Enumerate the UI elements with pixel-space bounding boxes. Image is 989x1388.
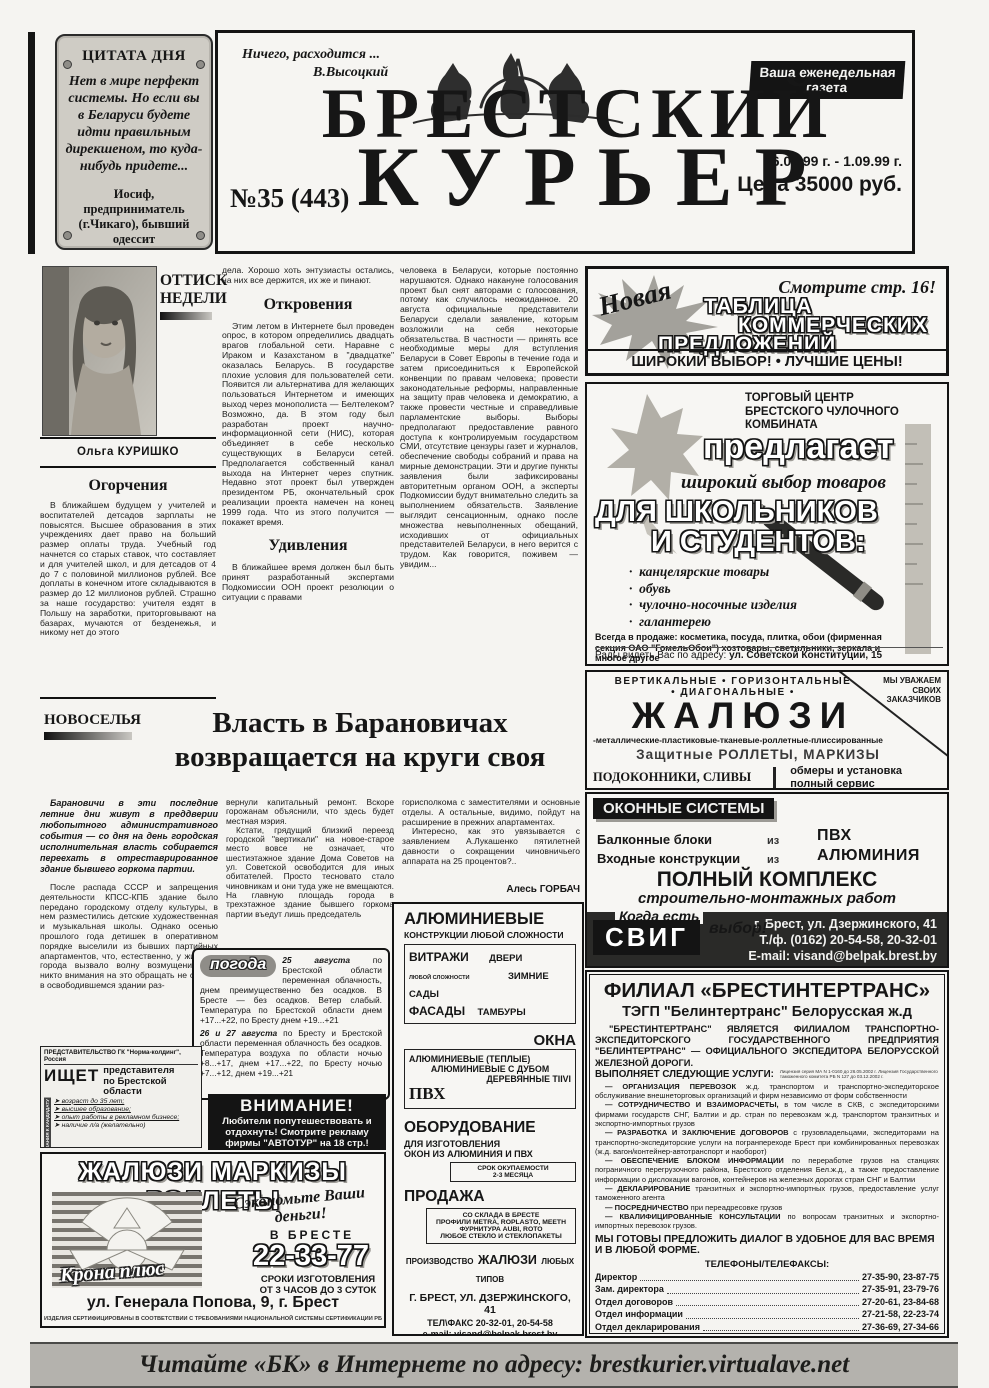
job-ad-header: ПРЕДСТАВИТЕЛЬСТВО ГК "Норма-колдинг", Ро… bbox=[44, 1049, 198, 1065]
bit-service-7: — КВАЛИФИЦИРОВАННЫЕ КОНСУЛЬТАЦИИ по вопр… bbox=[595, 1212, 939, 1231]
alum-stock-line1: СО СКЛАДА В БРЕСТЕ bbox=[430, 1212, 572, 1219]
weather-label-blob: погода bbox=[200, 955, 276, 977]
weather-date-1: 25 августа bbox=[282, 955, 350, 965]
school-ad-address-label: Рады видеть Вас по адресу: bbox=[595, 650, 726, 661]
epigraph: Ничего, расходится ... bbox=[242, 47, 380, 63]
quote-text: Нет в мире перфект системы. Но если вы в… bbox=[65, 73, 203, 175]
job-requirement-4: ➤ наличие л/а (желательно) bbox=[54, 1122, 179, 1130]
aluminium-ad: АЛЮМИНИЕВЫЕ КОНСТРУКЦИИ ЛЮБОЙ СЛОЖНОСТИ … bbox=[392, 902, 584, 1336]
alum-payback-line1: СРОК ОКУПАЕМОСТИ bbox=[453, 1165, 573, 1172]
school-ad-bullets: · канцелярские товары · обувь · чулочно-… bbox=[629, 564, 797, 630]
alum-title: АЛЮМИНИЕВЫЕ bbox=[404, 910, 576, 929]
bit-intro: "БРЕСТИНТЕРТРАНС" ЯВЛЯЕТСЯ ФИЛИАЛОМ ТРАН… bbox=[595, 1024, 939, 1069]
novoselya-col3-p1: горисполкома с заместителями и основные … bbox=[402, 798, 580, 827]
novoselya-headline-line2: возвращается на круги своя bbox=[140, 740, 580, 774]
imprint-col1-text: В ближайшем будущем у учителей и воспита… bbox=[40, 501, 216, 693]
bit-phone-row-2: Зам. директора27-35-91, 23-79-76 bbox=[595, 1283, 939, 1296]
svig-ad: ОКОННЫЕ СИСТЕМЫ Балконные блоки Входные … bbox=[585, 792, 949, 968]
alum-fasady: ФАСАДЫ bbox=[409, 1004, 465, 1018]
novoselya-col3: горисполкома с заместителями и основные … bbox=[402, 798, 580, 884]
novoselya-col2: вернули капитальный ремонт. Вскоре горож… bbox=[226, 798, 394, 946]
novoselya-headline-line1: Власть в Барановичах bbox=[140, 706, 580, 740]
imprint-paragraph-1-cont: дела. Хорошо хоть энтузиасты остались, н… bbox=[222, 266, 394, 286]
alum-dveri: ДВЕРИ bbox=[489, 953, 522, 964]
bit-service-2: — СОТРУДНИЧЕСТВО И ВЗАИМОРАСЧЕТЫ, в том … bbox=[595, 1100, 939, 1128]
weather-label: погода bbox=[210, 956, 266, 973]
krona-phone: 22-33-77 bbox=[238, 1240, 384, 1273]
alum-okna-box: АЛЮМИНИЕВЫЕ (ТЕПЛЫЕ) АЛЮМИНИЕВЫЕ С ДУБОМ… bbox=[404, 1049, 576, 1109]
attention-box: ВНИМАНИЕ! Любители попутешествовать и от… bbox=[208, 1094, 386, 1150]
imprint-heading-3: Удивления bbox=[222, 537, 394, 555]
novoselya-col3-p2: Интересно, как это увязывается с заявлен… bbox=[402, 827, 580, 866]
school-bullet-2: · обувь bbox=[629, 581, 797, 598]
alum-stock-line3: ФУРНИТУРА AUBI, ROTO bbox=[430, 1226, 572, 1233]
footer-banner-text: Читайте «БК» в Интернете по адресу: bres… bbox=[139, 1351, 849, 1379]
svig-choice: выбор! bbox=[709, 920, 767, 938]
footer-banner: Читайте «БК» в Интернете по адресу: bres… bbox=[30, 1342, 958, 1388]
novoselya-byline: Алесь ГОРБАЧ bbox=[402, 884, 580, 895]
alum-jalousie-line: ПРОИЗВОДСТВО ЖАЛЮЗИ ЛЮБЫХ ТИПОВ bbox=[404, 1251, 576, 1287]
kicker-underline bbox=[160, 312, 212, 320]
alum-stock-line2: ПРОФИЛИ METRA, ROPLASTO, MEETH bbox=[430, 1219, 572, 1226]
novoselya-col2-p1: вернули капитальный ремонт. Вскоре горож… bbox=[226, 798, 394, 826]
alum-vitrazhi-box: ВИТРАЖИ ДВЕРИ ЛЮБОЙ СЛОЖНОСТИ ЗИМНИЕ САД… bbox=[404, 944, 576, 1024]
alum-oborud-sub1: ДЛЯ ИЗГОТОВЛЕНИЯ bbox=[404, 1139, 576, 1149]
quote-author: Иосиф, предприниматель (г.Чикаго), бывши… bbox=[65, 187, 203, 247]
issue-number: №35 (443) bbox=[230, 183, 349, 214]
attention-text: Любители попутешествовать и отдохнуть! С… bbox=[213, 1117, 381, 1149]
krona-terms: СРОКИ ИЗГОТОВЛЕНИЯ ОТ 3 ЧАСОВ ДО 3 СУТОК bbox=[252, 1274, 384, 1296]
novoselya-kicker-underline bbox=[44, 732, 132, 740]
bit-email: E-mail: box@bit.belpak.brest.by bbox=[595, 1335, 939, 1338]
alum-payback-line2: 2-3 МЕСЯЦА bbox=[453, 1172, 573, 1179]
imprint-author-rule-top bbox=[40, 437, 216, 439]
alum-stock-line4: ЛЮБОЕ СТЕКЛО И СТЕКЛОПАКЕТЫ bbox=[430, 1233, 572, 1240]
commercial-offers-ad: Новая Смотрите стр. 16! ТАБЛИЦА КОММЕРЧЕ… bbox=[585, 266, 949, 376]
jalousie-rollets: Защитные РОЛЛЕТЫ, МАРКИЗЫ bbox=[593, 747, 923, 762]
job-ad-requirements-label: ТРЕБОВАНИЯ К КАНДИДАТУ bbox=[44, 1098, 51, 1149]
imprint-heading-1: Огорчения bbox=[40, 477, 216, 495]
alum-subtitle: КОНСТРУКЦИИ ЛЮБОЙ СЛОЖНОСТИ bbox=[404, 930, 576, 940]
attention-title: ВНИМАНИЕ! bbox=[213, 1096, 381, 1116]
krona-terms-line1: СРОКИ ИЗГОТОВЛЕНИЯ bbox=[252, 1274, 384, 1285]
alum-jal-1: ПРОИЗВОДСТВО bbox=[406, 1257, 474, 1266]
job-requirement-3: ➤ опыт работы в рекламном бизнесе; bbox=[54, 1114, 179, 1122]
school-ad-org: ТОРГОВЫЙ ЦЕНТР БРЕСТСКОГО ЧУЛОЧНОГО КОМБ… bbox=[745, 392, 935, 433]
alum-payback-box: СРОК ОКУПАЕМОСТИ 2-3 МЕСЯЦА bbox=[450, 1162, 576, 1182]
weather-date-2: 26 и 27 августа bbox=[200, 1028, 277, 1038]
novoselya-lead: Барановичи в эти последние летние дни жи… bbox=[40, 798, 218, 875]
svig-material-2: АЛЮМИНИЯ bbox=[817, 846, 920, 866]
imprint-heading-2: Откровения bbox=[222, 296, 394, 314]
jalousie-service-line2: полный сервис bbox=[790, 778, 902, 791]
job-ad-verb: ИЩЕТ bbox=[44, 1066, 99, 1086]
imprint-paragraph-3: В ближайшее время должен был быть принят… bbox=[222, 563, 394, 602]
krona-ad: ЖАЛЮЗИ МАРКИЗЫ РОЛЛЕТЫ Крона плюс Сэконо… bbox=[40, 1152, 386, 1328]
alum-vitrazhi: ВИТРАЖИ bbox=[409, 950, 469, 964]
issue-price: Цена 35000 руб. bbox=[737, 173, 902, 197]
job-ad-position-line2: по Брестской области bbox=[103, 1077, 198, 1098]
job-requirement-2: ➤ высшее образование; bbox=[54, 1106, 179, 1114]
krona-cert-note: ИЗДЕЛИЯ СЕРТИФИЦИРОВАНЫ В СООТВЕТСТВИИ С… bbox=[42, 1316, 384, 1322]
svig-brand: СВИГ bbox=[593, 920, 700, 955]
school-ad-address: ул. Советской Конституции, 15 bbox=[729, 650, 882, 661]
imprint-author: Ольга КУРИШКО bbox=[40, 446, 216, 458]
quote-of-the-day-box: ЦИТАТА ДНЯ Нет в мире перфект системы. Н… bbox=[55, 34, 213, 250]
offers-bottom-line: ШИРОКИЙ ВЫБОР! • ЛУЧШИЕ ЦЕНЫ! bbox=[588, 349, 946, 370]
imprint-col2: дела. Хорошо хоть энтузиасты остались, н… bbox=[222, 266, 394, 696]
school-goods-ad: ТОРГОВЫЙ ЦЕНТР БРЕСТСКОГО ЧУЛОЧНОГО КОМБ… bbox=[585, 382, 949, 666]
svig-row1-label: Балконные блоки bbox=[597, 830, 740, 849]
bit-subtitle: ТЭГП "Белинтертранс" Белорусская ж.д bbox=[595, 1004, 939, 1020]
author-photo bbox=[42, 266, 157, 436]
alum-okna-item3: ДЕРЕВЯННЫЕ TIIVI bbox=[409, 1074, 571, 1084]
school-bullet-3: · чулочно-носочные изделия bbox=[629, 597, 797, 614]
bit-phone-row-5: Отдел декларирования27-36-69, 27-34-66 bbox=[595, 1321, 939, 1334]
alum-phone: ТЕЛ\ФАКС 20-32-01, 20-54-58 bbox=[404, 1318, 576, 1328]
bit-phone-row-4: Отдел информации27-21-58, 22-23-74 bbox=[595, 1308, 939, 1321]
bit-service-3: — РАЗРАБОТКА И ЗАКЛЮЧЕНИЕ ДОГОВОРОВ с гр… bbox=[595, 1128, 939, 1156]
bit-phone-row-3: Отдел договоров27-20-61, 23-84-68 bbox=[595, 1296, 939, 1309]
imprint-kicker: ОТТИСК НЕДЕЛИ bbox=[160, 272, 216, 320]
bit-performs: ВЫПОЛНЯЕТ СЛЕДУЮЩИЕ УСЛУГИ: bbox=[595, 1069, 774, 1080]
alum-prodazha: ПРОДАЖА bbox=[404, 1188, 576, 1206]
alum-okna-item1: АЛЮМИНИЕВЫЕ (ТЕПЛЫЕ) bbox=[409, 1054, 571, 1064]
bit-phone-row-1: Директор27-35-90, 23-87-75 bbox=[595, 1271, 939, 1284]
bit-license-note: Лицензия серия МА N 1-0160 до 26.05.2002… bbox=[780, 1069, 939, 1080]
alum-vitrazhi-sub: ЛЮБОЙ СЛОЖНОСТИ bbox=[409, 975, 470, 981]
bit-title: ФИЛИАЛ «БРЕСТИНТЕРТРАНС» bbox=[595, 979, 939, 1003]
bit-service-1: — ОРГАНИЗАЦИЯ ПЕРЕВОЗОК ж.д. транспортом… bbox=[595, 1082, 939, 1101]
imprint-author-rule-bottom bbox=[40, 466, 216, 468]
jalousie-ad: МЫ УВАЖАЕМ СВОИХ ЗАКАЗЧИКОВ ВЕРТИКАЛЬНЫЕ… bbox=[585, 670, 949, 790]
alum-okna: ОКНА bbox=[404, 1032, 576, 1049]
jalousie-sills: ПОДОКОННИКИ, СЛИВЫ bbox=[593, 770, 751, 785]
bit-service-6: — ПОСРЕДНИЧЕСТВО при переадресовке грузо… bbox=[595, 1203, 939, 1212]
jalousie-arc-line1: ВЕРТИКАЛЬНЫЕ • ГОРИЗОНТАЛЬНЫЕ bbox=[593, 676, 873, 687]
job-requirement-1: ➤ возраст до 35 лет; bbox=[54, 1098, 179, 1106]
quote-box-title: ЦИТАТА ДНЯ bbox=[65, 48, 203, 65]
imprint-col1-end-rule bbox=[40, 697, 216, 699]
divider-bar bbox=[773, 767, 776, 789]
svig-iz-1: из bbox=[767, 832, 779, 851]
issue-dates: 26.08.99 г. - 1.09.99 г. bbox=[764, 153, 902, 169]
school-bullet-1: · канцелярские товары bbox=[629, 564, 797, 581]
brestintertrans-ad: ФИЛИАЛ «БРЕСТИНТЕРТРАНС» ТЭГП "Белинтерт… bbox=[585, 970, 949, 1338]
svig-material-1: ПВХ bbox=[817, 826, 920, 846]
bit-services: — ОРГАНИЗАЦИЯ ПЕРЕВОЗОК ж.д. транспортом… bbox=[595, 1082, 939, 1231]
imprint-paragraph-1: В ближайшем будущем у учителей и воспита… bbox=[40, 501, 216, 638]
krona-logo: Крона плюс bbox=[52, 1192, 202, 1288]
alum-pvh: ПВХ bbox=[409, 1084, 571, 1104]
novoselya-kicker: НОВОСЕЛЬЯ bbox=[44, 712, 141, 729]
bit-phones-label: ТЕЛЕФОНЫ/ТЕЛЕФАКСЫ: bbox=[595, 1259, 939, 1270]
novoselya-kicker-wrap: НОВОСЕЛЬЯ bbox=[44, 712, 141, 740]
krona-slogan-line2: деньги! bbox=[274, 1205, 328, 1226]
school-ad-offers: предлагает bbox=[703, 428, 894, 467]
bit-service-4: — ОБЕСПЕЧЕНИЕ БЛОКОМ ИНФОРМАЦИИ по перер… bbox=[595, 1156, 939, 1184]
school-bullet-4: · галантерею bbox=[629, 614, 797, 631]
alum-stock-box: СО СКЛАДА В БРЕСТЕ ПРОФИЛИ METRA, ROPLAS… bbox=[426, 1208, 576, 1244]
alum-address: Г. БРЕСТ, УЛ. ДЗЕРЖИНСКОГО, 41 bbox=[404, 1292, 576, 1316]
masthead: Ничего, расходится ... В.Высоцкий Ваша е… bbox=[215, 30, 915, 254]
jalousie-types: -металлические-пластиковые-тканевые-ролл… bbox=[593, 735, 941, 745]
alum-okna-item2: АЛЮМИНИЕВЫЕ С ДУБОМ bbox=[409, 1064, 571, 1074]
imprint-kicker-line2: НЕДЕЛИ bbox=[160, 290, 216, 308]
svig-row2-label: Входные конструкции bbox=[597, 849, 740, 868]
krona-address: ул. Генерала Попова, 9, г. Брест bbox=[42, 1294, 384, 1312]
job-ad-position-line1: представителя bbox=[103, 1066, 198, 1077]
svig-complex: ПОЛНЫЙ КОМПЛЕКС bbox=[587, 868, 947, 892]
alum-tambury: ТАМБУРЫ bbox=[478, 1007, 526, 1018]
imprint-paragraph-2: Этим летом в Интернете был проведен опро… bbox=[222, 322, 394, 528]
school-ad-for-line1: для школьников bbox=[595, 496, 878, 529]
weather-box: погода 25 августа по Брестской области п… bbox=[192, 948, 390, 1100]
svig-header: ОКОННЫЕ СИСТЕМЫ bbox=[593, 798, 774, 819]
imprint-kicker-line1: ОТТИСК bbox=[160, 272, 216, 290]
school-ad-address-line: Рады видеть Вас по адресу: ул. Советской… bbox=[595, 647, 943, 661]
alum-oborud-sub2: ОКОН ИЗ АЛЮМИНИЯ И ПВХ bbox=[404, 1149, 576, 1159]
svig-complex-sub: строительно-монтажных работ bbox=[587, 890, 947, 907]
bit-service-5: — ДЕКЛАРИРОВАНИЕ транзитных и экспортно-… bbox=[595, 1184, 939, 1203]
alum-jal-2: ЖАЛЮЗИ bbox=[478, 1253, 537, 1267]
jalousie-service-line1: обмеры и установка bbox=[790, 765, 902, 778]
imprint-col3: человека в Беларуси, которые постоянно н… bbox=[400, 266, 578, 696]
school-ad-for-line2: и студентов: bbox=[651, 526, 866, 559]
newspaper-front-page: ЦИТАТА ДНЯ Нет в мире перфект системы. Н… bbox=[0, 0, 989, 1388]
job-ad: ПРЕДСТАВИТЕЛЬСТВО ГК "Норма-колдинг", Ро… bbox=[40, 1046, 202, 1148]
alum-oborud: ОБОРУДОВАНИЕ bbox=[404, 1119, 576, 1137]
jalousie-title: ЖАЛЮЗИ bbox=[593, 698, 893, 734]
novoselya-col2-p2: Кстати, грядущий близкий переезд городск… bbox=[226, 826, 394, 919]
scan-edge-bar bbox=[28, 32, 35, 254]
bit-dialog-line: МЫ ГОТОВЫ ПРЕДЛОЖИТЬ ДИАЛОГ В УДОБНОЕ ДЛ… bbox=[595, 1234, 939, 1257]
novoselya-headline: Власть в Барановичах возвращается на кру… bbox=[140, 706, 580, 774]
school-ad-subtitle: широкий выбор товаров bbox=[681, 472, 886, 494]
bit-phone-table: Директор27-35-90, 23-87-75 Зам. директор… bbox=[595, 1271, 939, 1334]
alum-email: e-mail: visand@belpak.brest.by bbox=[404, 1329, 576, 1336]
